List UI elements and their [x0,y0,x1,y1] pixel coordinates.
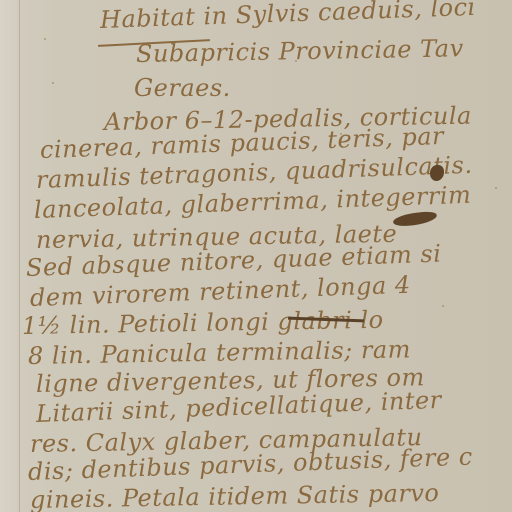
manuscript-line-17: gineis. Petala itidem Satis parvo [30,479,440,512]
manuscript-line-1: Habitat in Sylvis caeduis, loci [100,0,477,34]
ink-blot [392,210,437,228]
manuscript-page: Habitat in Sylvis caeduis, loci Subapric… [0,0,512,512]
paper-speck [442,305,444,307]
paper-speck [44,38,46,40]
paper-speck [495,187,497,189]
manuscript-line-2: Subapricis Provinciae Tav [136,34,464,68]
manuscript-line-3: Geraes. [134,74,231,102]
manuscript-line-11: 1½ lin. Petioli longi glabri lo [22,306,384,340]
paper-margin-edge [19,0,20,512]
paper-speck [52,82,54,84]
